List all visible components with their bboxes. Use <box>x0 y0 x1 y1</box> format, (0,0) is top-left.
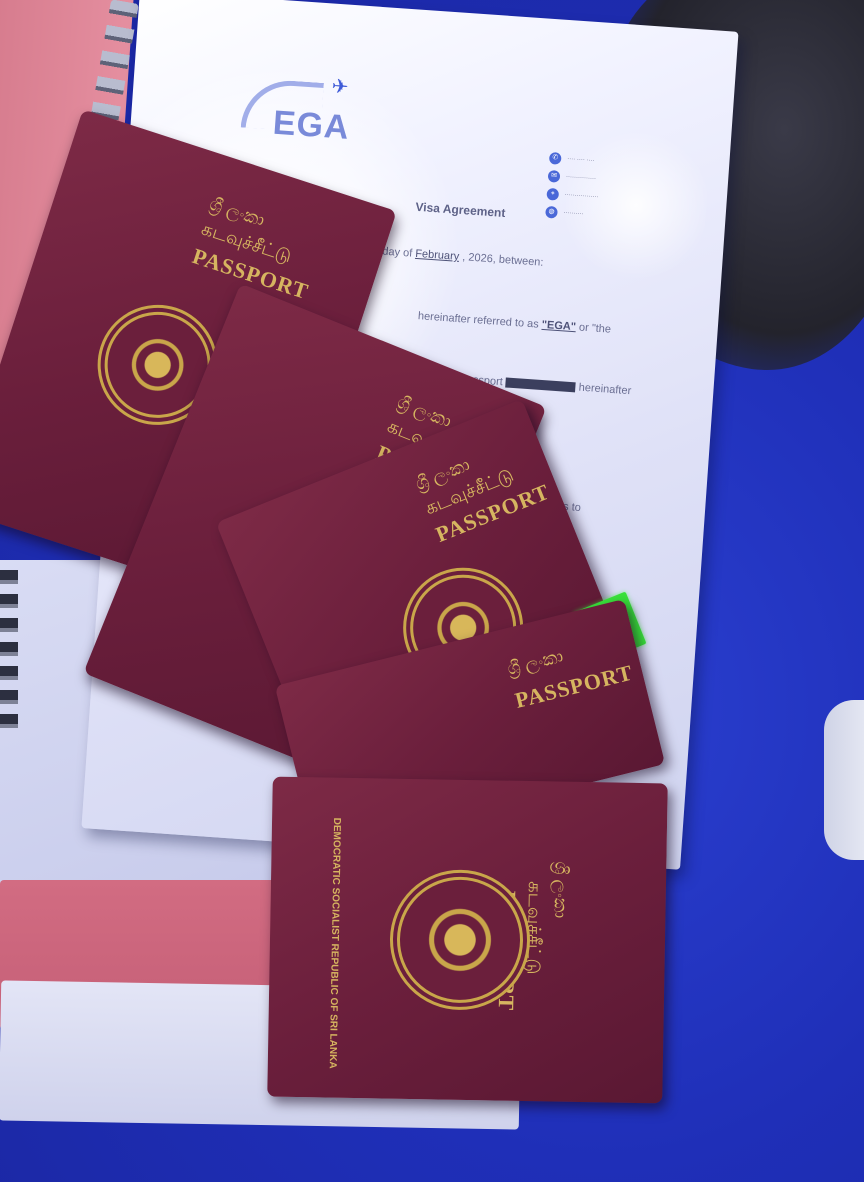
logo-text: EGA <box>272 104 351 148</box>
passport-5: ශ්‍රී ලංකා கடவுச்சீட்டு PASSPORT DEMOCRA… <box>267 777 668 1104</box>
company-logo: ✈ EGA <box>239 68 394 158</box>
passport-country-text: DEMOCRATIC SOCIALIST REPUBLIC OF SRI LAN… <box>327 818 342 1069</box>
airplane-icon: ✈ <box>331 74 349 100</box>
email-icon: ✉ <box>548 170 561 183</box>
web-icon: ◍ <box>545 206 558 219</box>
redacted-passport-number <box>506 378 577 393</box>
binder-spiral-lower <box>0 570 18 730</box>
phone-icon: ✆ <box>549 152 562 165</box>
passport-sinhala-text: ශ්‍රී ලංකා <box>505 646 565 680</box>
white-fabric <box>824 700 864 860</box>
contact-block: ✆···· ···· ···· ✉··············· ⌖······… <box>545 149 720 233</box>
passport-sinhala-text: ශ්‍රී ලංකා <box>549 861 571 918</box>
location-icon: ⌖ <box>546 188 559 201</box>
